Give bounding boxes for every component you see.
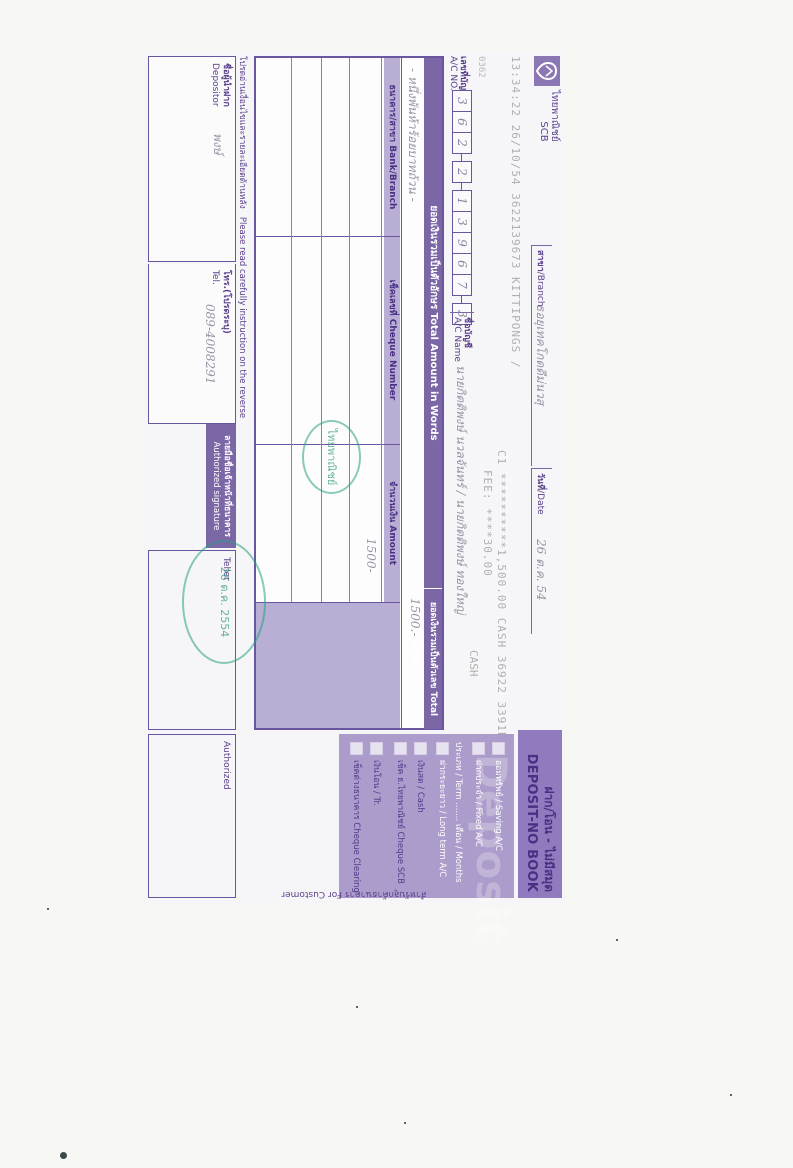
scan-speck	[616, 939, 618, 941]
option-label: ฝากระยะยาว / Long term A/C	[436, 760, 450, 877]
deposit-form: ไทยพาณิชย์ SCB สาขา/Branch ธอยุเทคโกดดีม…	[142, 50, 566, 905]
tel-field[interactable]: โทร.(โปรดระบุ) Tel. 089-4008291	[148, 264, 236, 424]
teller-printout-line: 13:34:22 26/10/54 3622139673 KITTIPONGS …	[509, 56, 522, 369]
footnote: โปรดอ่านเงื่อนไขและรายละเอียดด้านหลัง Pl…	[236, 56, 250, 418]
date-field[interactable]: วันที่/Date 26 ต.ค. 54	[531, 468, 552, 634]
customer-copy-label: สำหรับลูกค้าธนาคาร For Customer	[142, 884, 566, 904]
checkbox-icon[interactable]	[351, 742, 364, 755]
option-label: เงินโอน / Tr.	[370, 760, 384, 806]
ac-no-digit[interactable]: 1	[452, 190, 472, 212]
scan-speck	[730, 1094, 732, 1096]
branch-label: สาขา/Branch	[534, 250, 548, 307]
checkbox-icon[interactable]	[493, 742, 506, 755]
total-amount-header: ยอดเงินรวมเป็นตัวเลข Total Amount	[424, 588, 442, 729]
amount-grid: ยอดเงินรวมเป็นตัวอักษร Total Amount in W…	[254, 56, 444, 730]
total-words-header: ยอดเงินรวมเป็นตัวอักษร Total Amount in W…	[424, 58, 442, 588]
option-1[interactable]: ฝากประจำ / Fixed A/C	[472, 742, 486, 847]
ac-no-digit[interactable]: 2	[452, 161, 472, 183]
ac-no-separator	[462, 295, 463, 303]
scan-speck	[60, 1152, 67, 1159]
depositor-field[interactable]: ชื่อผู้นำฝาก Depositor พงษ์	[148, 56, 236, 262]
checkbox-icon[interactable]	[371, 742, 384, 755]
column-amount: จำนวนเงิน Amount	[384, 444, 400, 602]
authorized-signature-header: ลายมือชื่อเจ้าหน้าที่ธนาคาร Authorized s…	[206, 424, 236, 548]
checkbox-icon[interactable]	[473, 742, 486, 755]
date-value: 26 ต.ค. 54	[531, 539, 550, 601]
column-bank-branch: ธนาคาร/สาขา Bank/Branch	[384, 58, 400, 236]
printout-prefix: 0362	[476, 56, 486, 78]
option-4[interactable]: เงินสด / Cash	[414, 742, 428, 813]
deposit-slip: ไทยพาณิชย์ SCB สาขา/Branch ธอยุเทคโกดดีม…	[142, 50, 566, 905]
option-label: ประเภท / Term ....... เดือน / Months	[452, 742, 466, 883]
column-cheque-number: เช็คเลขที่ Cheque Number	[384, 236, 400, 444]
checkbox-icon[interactable]	[395, 742, 408, 755]
option-label: เงินสด / Cash	[414, 760, 428, 813]
teller-printout-line: C1 **********1,500.00 CASH 36922 3391B	[495, 450, 508, 740]
option-label: เช็คต่างธนาคาร Cheque Clearing	[350, 760, 364, 893]
tel-value: 089-4008291	[203, 304, 217, 384]
ac-no-digit[interactable]: 9	[452, 232, 472, 254]
option-6[interactable]: เงินโอน / Tr.	[370, 742, 384, 806]
ac-no-separator	[462, 153, 463, 161]
ac-name-label: ชื่อบัญชี A/C Name	[452, 317, 472, 362]
total-words-input[interactable]: - หนึ่งพันห้าร้อยบาทถ้วน -	[402, 68, 422, 578]
form-title: ฝาก/โอน - ไม่มีสมุด DEPOSIT-NO BOOK	[518, 730, 562, 898]
ac-no-separator	[462, 182, 463, 190]
option-0[interactable]: ออมทรัพย์ / Saving A/C	[492, 742, 506, 851]
ac-no-input[interactable]: 3622139673	[452, 90, 472, 324]
amount-side-band	[256, 602, 400, 728]
ac-no-digit[interactable]: 7	[452, 274, 472, 296]
scan-speck	[356, 1006, 358, 1008]
bank-stamp: ไทยพาณิชย์	[302, 420, 361, 494]
option-3[interactable]: ฝากระยะยาว / Long term A/C	[436, 742, 450, 877]
branch-field[interactable]: สาขา/Branch ธอยุเทคโกดดีม่นวสุ	[531, 245, 552, 466]
ac-no-digit[interactable]: 2	[452, 132, 472, 154]
authorized-label: Authorized	[221, 741, 231, 790]
bank-date-stamp: 26 ต.ค. 2554	[182, 540, 266, 664]
total-amount-input[interactable]: 1500.-	[408, 598, 422, 636]
bank-name-en: SCB	[538, 90, 549, 142]
ac-no-digit[interactable]: 6	[452, 253, 472, 275]
scb-logo	[534, 56, 560, 86]
option-label: ฝากประจำ / Fixed A/C	[472, 760, 486, 847]
scb-shield-icon	[534, 56, 560, 86]
bank-name: ไทยพาณิชย์ SCB	[538, 90, 560, 142]
scan-speck	[47, 908, 49, 910]
option-5[interactable]: เช็ค ธ.ไทยพาณิชย์ Cheque SCB	[394, 742, 408, 884]
ac-name-field[interactable]: ชื่อบัญชี A/C Name นายกิตติพงษ์ นวลจันทร…	[450, 312, 474, 723]
depositor-value: พงษ์	[208, 133, 227, 155]
date-label: วันที่/Date	[534, 473, 548, 515]
ac-name-value: นายกิตติพงษ์ นวลจันทร์ / นายกิตติพงษ์ ทอ…	[451, 365, 470, 614]
account-type-panel: Deposit ออมทรัพย์ / Saving A/Cฝากประจำ /…	[339, 734, 514, 898]
depositor-label: ชื่อผู้นำฝาก Depositor	[209, 63, 231, 107]
checkbox-icon[interactable]	[415, 742, 428, 755]
authorized-box: Authorized	[148, 734, 236, 898]
branch-value: ธอยุเทคโกดดีม่นวสุ	[531, 304, 550, 405]
ac-no-digit[interactable]: 3	[452, 211, 472, 233]
bank-name-th: ไทยพาณิชย์	[549, 90, 560, 142]
option-7[interactable]: เช็คต่างธนาคาร Cheque Clearing	[350, 742, 364, 893]
ac-no-digit[interactable]: 3	[452, 90, 472, 112]
title-th: ฝาก/โอน - ไม่มีสมุด	[539, 730, 562, 892]
scan-speck	[404, 1122, 406, 1124]
option-label: เช็ค ธ.ไทยพาณิชย์ Cheque SCB	[394, 760, 408, 884]
title-en: DEPOSIT-NO BOOK	[524, 730, 539, 892]
checkbox-icon[interactable]	[437, 742, 450, 755]
row1-amount-value: 1500-	[364, 538, 378, 573]
ac-no-digit[interactable]: 6	[452, 111, 472, 133]
option-2: ประเภท / Term ....... เดือน / Months	[452, 742, 466, 883]
option-label: ออมทรัพย์ / Saving A/C	[492, 760, 506, 851]
teller-printout-fee: FEE: ****30.00	[481, 470, 494, 577]
